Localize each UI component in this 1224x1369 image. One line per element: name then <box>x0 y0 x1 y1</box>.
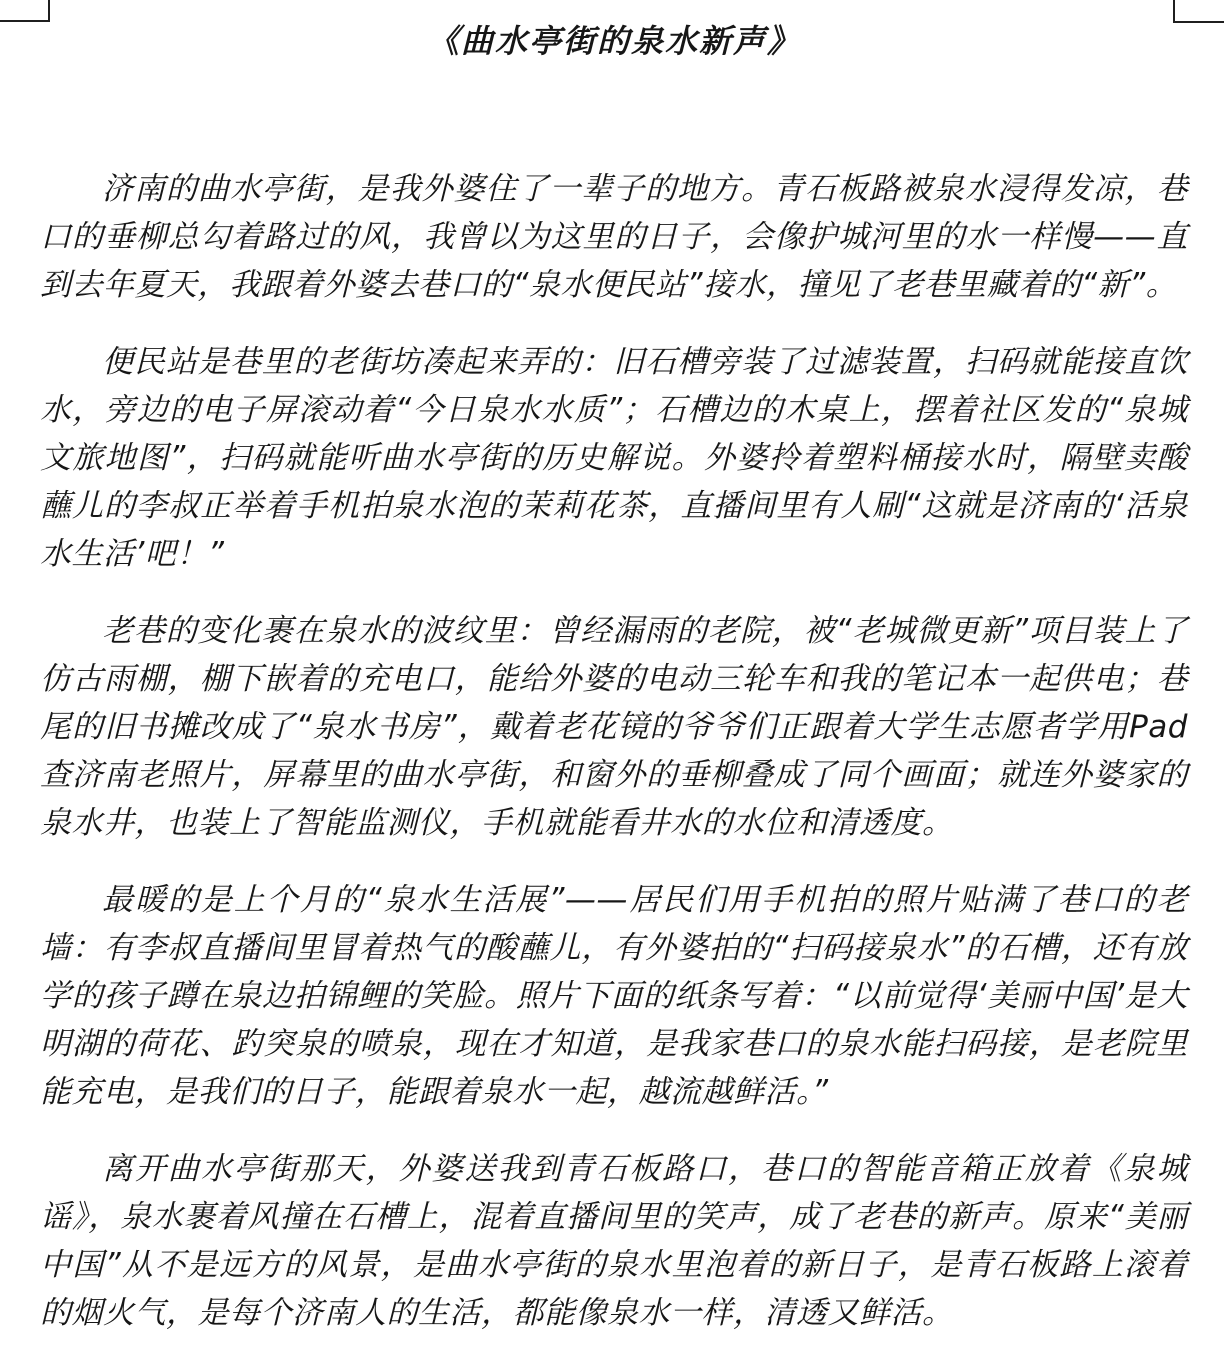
paragraph-4: 最暖的是上个月的“泉水生活展”——居民们用手机拍的照片贴满了巷口的老墙：有李叔直… <box>40 876 1188 1116</box>
essay-title: 《曲水亭街的泉水新声》 <box>40 18 1188 64</box>
paragraph-1: 济南的曲水亭街，是我外婆住了一辈子的地方。青石板路被泉水浸得发凉，巷口的垂柳总勾… <box>40 165 1188 309</box>
essay-body: 济南的曲水亭街，是我外婆住了一辈子的地方。青石板路被泉水浸得发凉，巷口的垂柳总勾… <box>40 165 1188 1337</box>
paragraph-5: 离开曲水亭街那天，外婆送我到青石板路口，巷口的智能音箱正放着《泉城谣》，泉水裹着… <box>40 1145 1188 1337</box>
corner-frame-mark-top-left <box>0 0 50 22</box>
paragraph-3: 老巷的变化裹在泉水的波纹里：曾经漏雨的老院，被“老城微更新”项目装上了仿古雨棚，… <box>40 607 1188 847</box>
paragraph-2: 便民站是巷里的老街坊凑起来弄的：旧石槽旁装了过滤装置，扫码就能接直饮水，旁边的电… <box>40 338 1188 578</box>
corner-frame-mark-top-right <box>1173 0 1224 23</box>
page: { "colors": { "background": "#ffffff", "… <box>0 0 1224 1369</box>
essay-page: 《曲水亭街的泉水新声》 济南的曲水亭街，是我外婆住了一辈子的地方。青石板路被泉水… <box>0 18 1224 1337</box>
